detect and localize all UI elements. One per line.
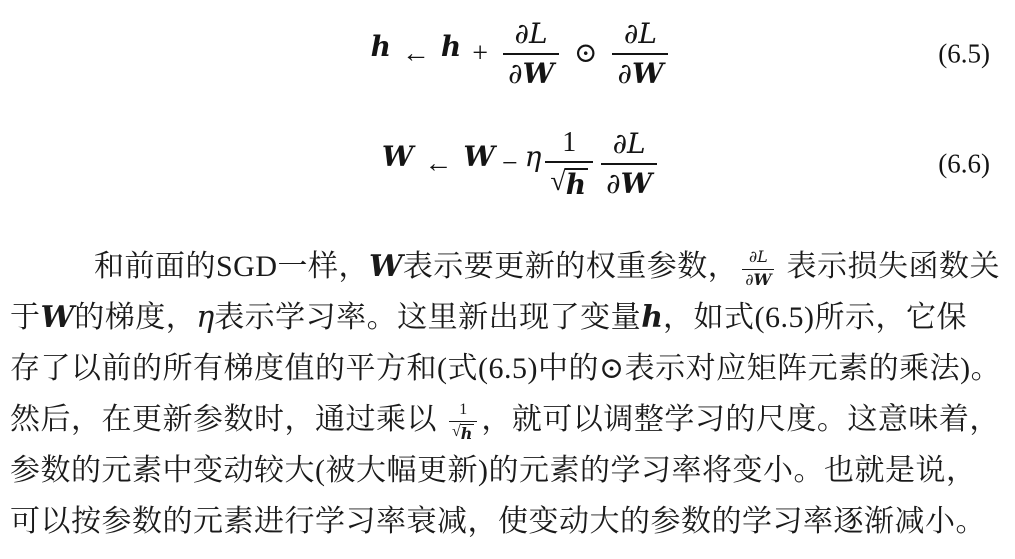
math-symbol: W xyxy=(621,167,652,200)
math-operator: − xyxy=(502,150,518,178)
fraction-numerator: 1 xyxy=(557,129,581,161)
fraction: 1√h xyxy=(545,129,593,200)
radicand: h xyxy=(460,424,475,443)
math-symbol: L xyxy=(627,127,646,160)
fraction: 1√h xyxy=(449,402,477,443)
math-symbol: η xyxy=(196,300,214,335)
math-symbol: η xyxy=(525,140,542,173)
math-symbol: ∂ xyxy=(606,167,620,200)
equation-6-6: W←W−η1√h∂L∂W xyxy=(382,129,661,200)
math-run: W xyxy=(463,143,494,172)
text-run: 表示损失函数关 xyxy=(778,250,1000,283)
math-symbol: ∂ xyxy=(515,17,529,50)
paragraph-line-2: 于W的梯度，η表示学习率。这里新出现了变量h，如式(6.5)所示，它保 xyxy=(10,292,1008,343)
text-run: 于 xyxy=(10,301,41,334)
fraction-denominator: √h xyxy=(545,161,593,200)
fraction-denominator: √h xyxy=(449,421,477,443)
fraction-numerator: ∂L xyxy=(619,20,662,53)
paragraph-line-3: 存了以前的所有梯度值的平方和(式(6.5)中的⊙表示对应矩阵元素的乘法)。 xyxy=(10,343,1008,394)
fraction-denominator: ∂W xyxy=(742,269,774,290)
equation-number-6-6: (6.6) xyxy=(938,149,990,180)
math-run: W xyxy=(382,143,413,172)
fraction: ∂L∂W xyxy=(742,249,774,290)
math-symbol: h xyxy=(566,168,586,201)
text-run: 存了以前的所有梯度值的平方和(式(6.5)中的⊙表示对应矩阵元素的乘法)。 xyxy=(10,352,1001,385)
text-run: ，如式(6.5)所示，它保 xyxy=(663,301,967,334)
math-symbol: W xyxy=(463,140,494,173)
math-symbol: W xyxy=(754,270,772,289)
math-run: h xyxy=(641,301,663,334)
math-symbol: ∂ xyxy=(613,127,627,160)
math-symbol: L xyxy=(638,17,657,50)
math-symbol: h xyxy=(441,30,461,63)
equation-6-5: h←h+∂L∂W⊙∂L∂W xyxy=(371,20,673,89)
math-symbol: h xyxy=(371,30,391,63)
math-symbol: L xyxy=(529,17,548,50)
math-symbol: ∂ xyxy=(745,270,753,289)
math-run: W xyxy=(369,250,403,283)
math-symbol: ∂ xyxy=(624,17,638,50)
math-symbol: ∂ xyxy=(617,57,631,90)
math-operator: ← xyxy=(402,40,430,68)
math-symbol: W xyxy=(369,249,403,284)
math-symbol: W xyxy=(41,300,75,335)
paragraph-line-1: 和前面的SGD一样，W表示要更新的权重参数，∂L∂W 表示损失函数关 xyxy=(10,241,1008,292)
fraction-numerator: ∂L xyxy=(746,249,771,269)
math-operator: + xyxy=(472,40,488,68)
math-run: h xyxy=(441,33,461,62)
math-symbol: W xyxy=(632,57,663,90)
math-symbol: ∂ xyxy=(749,247,757,266)
book-page: h←h+∂L∂W⊙∂L∂W (6.5) W←W−η1√h∂L∂W (6.6) 和… xyxy=(0,0,1015,559)
text-run: 参数的元素中变动较大(被大幅更新)的元素的学习率将变小。也就是说， xyxy=(10,454,976,487)
math-run: η xyxy=(196,301,214,334)
equation-number-6-5: (6.5) xyxy=(938,39,990,70)
math-symbol: W xyxy=(382,140,413,173)
math-symbol: h xyxy=(641,300,663,335)
fraction: ∂L∂W xyxy=(612,20,668,89)
paragraph-line-6: 可以按参数的元素进行学习率衰减，使变动大的参数的学习率逐渐减小。 xyxy=(10,496,1008,547)
math-symbol: ∂ xyxy=(508,57,522,90)
math-symbol: W xyxy=(523,57,554,90)
equation-row-6-5: h←h+∂L∂W⊙∂L∂W (6.5) xyxy=(0,8,1015,100)
fraction: ∂L∂W xyxy=(601,130,657,199)
text-run: ，就可以调整学习的尺度。这意味着， xyxy=(481,403,1000,436)
radicand: h xyxy=(565,168,588,200)
math-run: W xyxy=(41,301,75,334)
paragraph-line-4: 然后，在更新参数时，通过乘以 1√h，就可以调整学习的尺度。这意味着， xyxy=(10,394,1008,445)
text-run: 的梯度， xyxy=(74,301,196,334)
math-run: η xyxy=(525,143,542,172)
fraction: ∂L∂W xyxy=(503,20,559,89)
fraction-denominator: ∂W xyxy=(503,53,559,89)
math-operator: ⊙ xyxy=(574,40,597,68)
text-run: 可以按参数的元素进行学习率衰减，使变动大的参数的学习率逐渐减小。 xyxy=(10,505,986,538)
equation-row-6-6: W←W−η1√h∂L∂W (6.6) xyxy=(0,118,1015,210)
radical-sign: √ xyxy=(550,168,565,196)
fraction-numerator: 1 xyxy=(456,402,470,421)
fraction-numerator: ∂L xyxy=(510,20,553,53)
fraction-denominator: ∂W xyxy=(601,163,657,199)
fraction-numerator: ∂L xyxy=(608,130,651,163)
square-root: √h xyxy=(452,424,474,443)
math-symbol: h xyxy=(461,424,473,443)
text-run: 表示学习率。这里新出现了变量 xyxy=(214,301,641,334)
text-run: 表示要更新的权重参数， xyxy=(403,250,739,283)
fraction-denominator: ∂W xyxy=(612,53,668,89)
paragraph-line-5: 参数的元素中变动较大(被大幅更新)的元素的学习率将变小。也就是说， xyxy=(10,445,1008,496)
body-paragraph: 和前面的SGD一样，W表示要更新的权重参数，∂L∂W 表示损失函数关于W的梯度，… xyxy=(10,241,1008,547)
math-symbol: L xyxy=(757,247,768,266)
square-root: √h xyxy=(550,168,588,200)
math-operator: ← xyxy=(424,150,452,178)
text-run: 和前面的SGD一样， xyxy=(94,250,369,283)
math-run: h xyxy=(371,33,391,62)
text-run: 然后，在更新参数时，通过乘以 xyxy=(10,403,445,436)
